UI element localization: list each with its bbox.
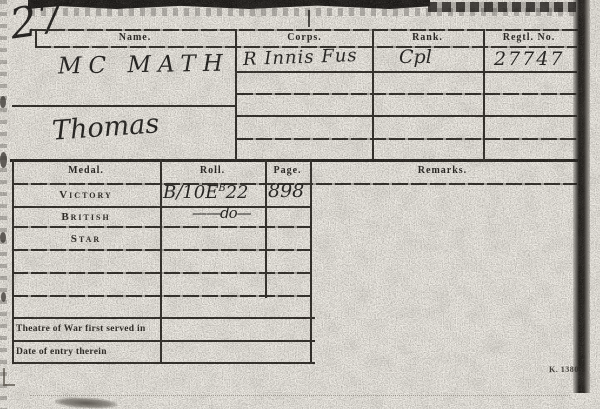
grid-hline-row3 [237,115,577,117]
corps-column-label: Corps. [237,32,372,43]
victory-roll-superscript: B [218,183,225,194]
grid-vline-medal-roll [160,159,162,364]
scan-blemish [0,232,6,243]
grid-hline-date-bottom [12,362,315,364]
victory-roll-base: B/10E [163,182,218,203]
medal-index-card-scan: Name. Corps. Rank. Regtl. No. Medal. Rol… [0,0,600,409]
torn-edge-bottom-dotted [30,395,570,396]
card-bottom-left-corner-mark [3,368,15,386]
victory-page-handwriting: 898 [268,180,304,202]
british-roll-ditto-mark: ——do— [192,204,251,222]
grid-hline-name-mid [12,105,235,107]
grid-hline-blank3 [12,317,315,319]
grid-hline-row4 [237,138,577,140]
grid-vline-page-remarks [310,159,312,364]
remarks-column-label: Remarks. [310,165,575,176]
grid-vline-rank-regtl [483,29,485,160]
regtl-no-handwriting: 27747 [494,48,564,70]
grid-hline-row1 [237,71,577,73]
medal-row-victory-label: Victory [12,189,160,201]
theatre-of-war-label: Theatre of War first served in [16,324,158,334]
roll-column-label: Roll. [160,165,265,176]
rank-column-label: Rank. [372,32,483,43]
surname-handwriting: MC MATH [58,51,230,80]
medal-row-british-label: British [12,211,160,223]
corps-handwriting: R Innis Fus [243,45,358,70]
page-column-label: Page. [265,165,310,176]
grid-hline-theatre-bottom [12,340,315,342]
forename-handwriting: Thomas [51,108,160,146]
medal-column-label: Medal. [12,165,160,176]
scan-blemish [308,10,310,27]
regtl-no-column-label: Regtl. No. [483,32,575,43]
victory-roll-handwriting: B/10EB22 [163,182,249,203]
torn-edge-right-band [573,0,590,393]
date-of-entry-label: Date of entry therein [16,347,158,357]
rank-handwriting: Cpl [399,46,432,68]
victory-roll-rest: 22 [226,182,249,203]
grid-vline-name-corps [235,29,237,160]
grid-hline-card-top [30,29,578,31]
grid-vline-roll-page [265,159,267,298]
grid-hline-row2 [237,93,577,95]
scan-smudge-bottom [55,396,117,409]
torn-edge-left-speckle [0,0,7,409]
grid-hline-table-top [10,159,578,162]
scan-blemish [1,292,6,302]
medal-row-star-label: Star [12,233,160,245]
scan-blemish [0,96,6,108]
torn-edge-top-speckle [30,8,575,16]
grid-vline-corps-rank [372,29,374,160]
scan-blemish [0,152,7,168]
